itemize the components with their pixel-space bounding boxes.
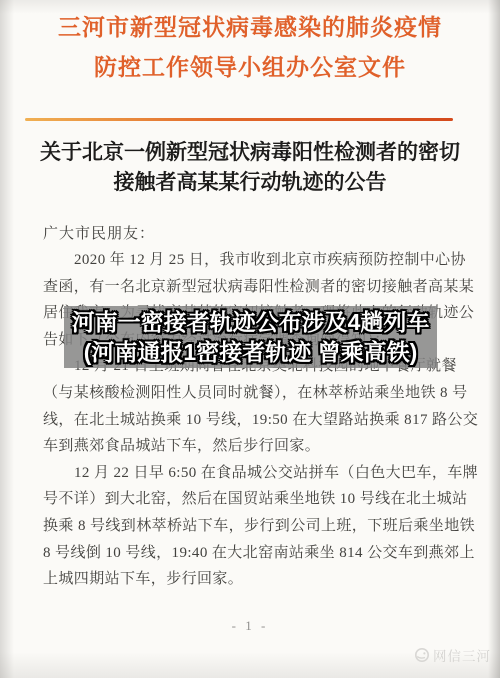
body-line: 线，在北土城站换乘 10 号线，19:50 在大望路站换乘 817 路公交 bbox=[43, 407, 461, 434]
red-divider-line bbox=[25, 118, 453, 121]
document-photo: 三河市新型冠状病毒感染的肺炎疫情 防控工作领导小组办公室文件 关于北京一例新型冠… bbox=[0, 0, 500, 678]
body-line: 查函，有一名北京新型冠状病毒阳性检测者的密切接触者高某某 bbox=[43, 274, 461, 301]
body-line: 12 月 22 日早 6:50 在食品城公交站拼车（白色大巴车，车牌 bbox=[43, 460, 461, 487]
document-title: 关于北京一例新型冠状病毒阳性检测者的密切 接触者高某某行动轨迹的公告 bbox=[0, 137, 500, 197]
body-line: 2020 年 12 月 25 日，我市收到北京市疾病预防控制中心协 bbox=[43, 247, 461, 274]
body-line: 号不详）到大北窑，然后在国贸站乘坐地铁 10 号线在北土城站 bbox=[43, 486, 461, 513]
title-line-2: 接触者高某某行动轨迹的公告 bbox=[0, 167, 500, 197]
watermark: 网信三河 bbox=[414, 645, 491, 665]
wechat-account-logo-icon bbox=[414, 647, 430, 663]
overlay-headline-line-2: (河南通报1密接者轨迹 曾乘高铁) bbox=[84, 337, 418, 367]
document-header: 三河市新型冠状病毒感染的肺炎疫情 防控工作领导小组办公室文件 bbox=[0, 7, 500, 87]
page-number: - 1 - bbox=[0, 618, 500, 634]
overlay-headline-line-1: 河南一密接者轨迹公布涉及4趟列车 bbox=[72, 307, 430, 337]
salutation: 广大市民朋友： bbox=[43, 222, 155, 243]
body-line: 车到燕郊食品城站下车，然后步行回家。 bbox=[43, 433, 461, 460]
body-line: 换乘 8 号线到林萃桥站下车，步行到公司上班，下班后乘坐地铁 bbox=[43, 513, 461, 540]
watermark-label: 网信三河 bbox=[433, 645, 491, 665]
body-line: 8 号线倒 10 号线，19:40 在大北窑南站乘坐 814 公交车到燕郊上 bbox=[43, 540, 461, 567]
body-line: 上城四期站下车，步行回家。 bbox=[43, 566, 461, 593]
body-line: （与某核酸检测阳性人员同时就餐），在林萃桥站乘坐地铁 8 号 bbox=[43, 380, 461, 407]
title-line-1: 关于北京一例新型冠状病毒阳性检测者的密切 bbox=[0, 137, 500, 167]
header-line-2: 防控工作领导小组办公室文件 bbox=[0, 47, 500, 87]
header-line-1: 三河市新型冠状病毒感染的肺炎疫情 bbox=[0, 7, 500, 47]
document-body: 2020 年 12 月 25 日，我市收到北京市疾病预防控制中心协 查函，有一名… bbox=[43, 247, 461, 593]
news-headline-overlay: 河南一密接者轨迹公布涉及4趟列车 (河南通报1密接者轨迹 曾乘高铁) bbox=[64, 306, 437, 368]
